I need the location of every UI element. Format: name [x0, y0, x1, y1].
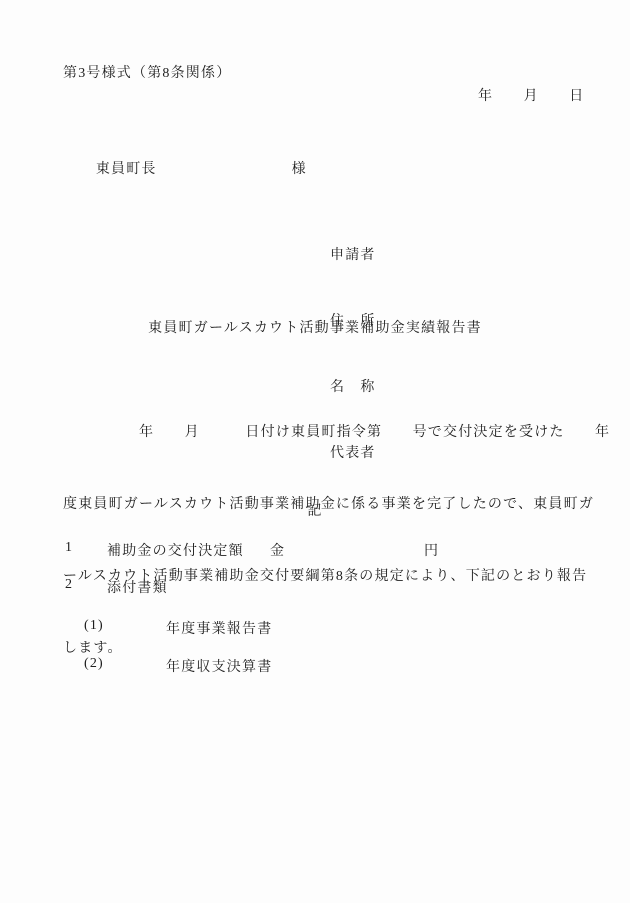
addressee-honorific: 様 [292, 162, 307, 177]
body-line-1: 年 月 日付け東員町指令第 号で交付決定を受けた 年 [63, 421, 603, 445]
item-1-number: 1 [65, 540, 73, 556]
item-1-label: 補助金の交付決定額 [107, 540, 244, 560]
applicant-label: 申請者 [330, 245, 376, 267]
item-2-label: 添付書類 [107, 577, 168, 597]
item-1-amount-suffix: 円 [424, 540, 439, 560]
attachment-row-2: (2) 年度収支決算書 [0, 656, 630, 676]
attachment-2-text: 年度収支決算書 [166, 656, 272, 676]
addressee-name: 東員町長 [96, 162, 157, 177]
item-2-number: 2 [65, 577, 73, 593]
date-line: 年 月 日 [478, 85, 584, 105]
document-title: 東員町ガールスカウト活動事業補助金実績報告書 [0, 317, 630, 337]
attachment-row-1: (1) 年度事業報告書 [0, 618, 630, 638]
item-1-row: 1 補助金の交付決定額 金 円 [0, 540, 630, 560]
addressee-line: 東員町長様 [77, 142, 307, 194]
document-page: 第3号様式（第8条関係） 年 月 日 東員町長様 申請者 住 所 名 称 代表者… [0, 0, 630, 903]
attachment-2-number: (2) [84, 656, 104, 672]
item-2-row: 2 添付書類 [0, 577, 630, 597]
attachment-1-text: 年度事業報告書 [166, 618, 272, 638]
item-1-amount-prefix: 金 [270, 540, 285, 560]
attachment-1-number: (1) [84, 618, 104, 634]
form-number: 第3号様式（第8条関係） [63, 62, 231, 82]
ki-heading: 記 [0, 500, 630, 520]
